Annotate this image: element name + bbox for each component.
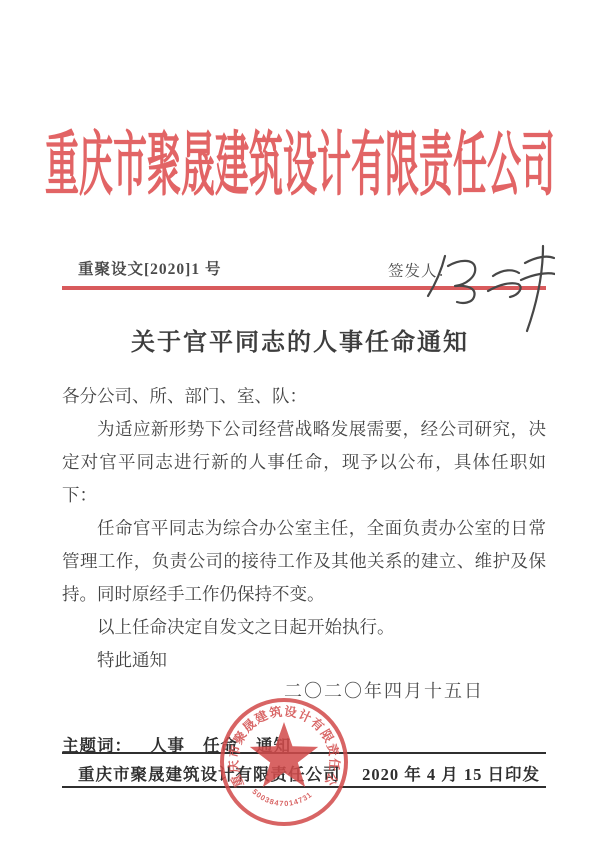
body-paragraph: 任命官平同志为综合办公室主任，全面负责办公室的日常管理工作，负责公司的接待工作及… [62, 512, 546, 611]
issuer-signature [415, 236, 555, 336]
body-paragraph: 为适应新形势下公司经营战略发展需要，经公司研究，决定对官平同志进行新的人事任命，… [62, 413, 546, 512]
seal-serial-number: 5003847014731 [250, 787, 314, 808]
salutation: 各分公司、所、部门、室、队： [62, 380, 546, 413]
print-date: 2020 年 4 月 15 日印发 [362, 761, 540, 785]
company-title: 重庆市聚晟建筑设计有限责任公司 [45, 131, 555, 201]
body-paragraph: 以上任命决定自发文之日起开始执行。 [62, 611, 546, 644]
document-body: 各分公司、所、部门、室、队： 为适应新形势下公司经营战略发展需要，经公司研究，决… [62, 380, 546, 677]
official-seal: 重庆市聚晟建筑设计有限责任公司 5003847014731 [214, 692, 354, 832]
doc-number: 重聚设文[2020]1 号 [78, 257, 221, 279]
svg-text:5003847014731: 5003847014731 [250, 787, 314, 808]
letterhead: 重庆市聚晟建筑设计有限责任公司 [0, 130, 600, 202]
document-page: 重庆市聚晟建筑设计有限责任公司 重聚设文[2020]1 号 签发人： 关于官平同… [0, 0, 600, 849]
closing-phrase: 特此通知 [62, 644, 546, 677]
star-icon [250, 722, 318, 787]
